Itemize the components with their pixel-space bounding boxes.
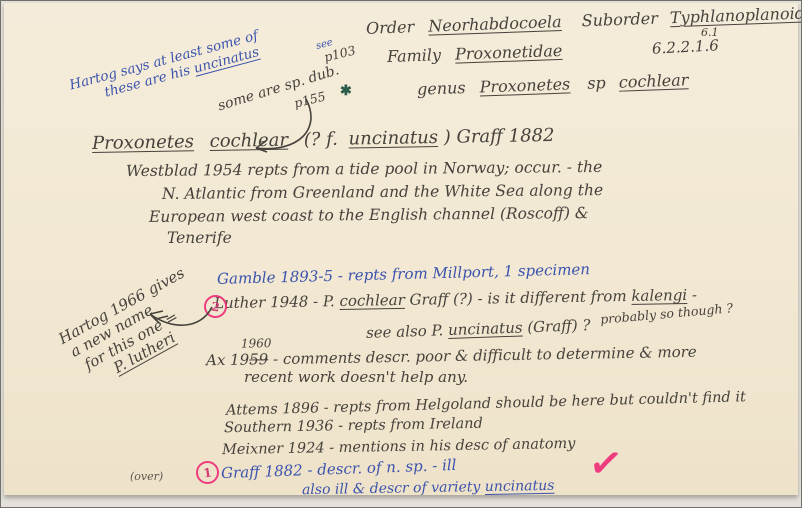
title-qualifier-open: (? f. <box>304 129 339 151</box>
luther-mid: Graff (?) - is it different from <box>405 287 632 309</box>
order-line: Order Neorhabdocoela Suborder Typhlanopl… <box>366 4 802 38</box>
scanned-index-card: Order Neorhabdocoela Suborder Typhlanopl… <box>0 0 802 508</box>
graff-entry: Graff 1882 - descr. of n. sp. - ill <box>221 457 457 482</box>
checkmark-icon: ✓ <box>586 439 626 489</box>
southern-entry: Southern 1936 - repts from Ireland <box>224 416 483 437</box>
suborder-label: Suborder <box>581 9 658 31</box>
title-author: ) Graff 1882 <box>444 125 555 148</box>
see-also-line: see also P. uncinatus (Graff) ? <box>366 317 591 342</box>
westblad-line2: N. Atlantic from Greenland and the White… <box>162 182 603 204</box>
suborder-value: Typhlanoplanoida <box>670 3 802 27</box>
catalog-code: 6.2.2.1.6 <box>652 37 720 58</box>
luther-species: cochlear <box>339 291 405 310</box>
ax-entry: Ax 19196059 - comments descr. poor & dif… <box>206 344 697 370</box>
order-label: Order <box>366 17 415 38</box>
graff-entry-line2: also ill & descr of variety uncinatus <box>302 478 555 498</box>
see-also-suffix: (Graff) ? <box>522 316 591 336</box>
ax-prefix: Ax 19 <box>206 351 249 370</box>
ax-entry-line2: recent work doesn't help any. <box>244 369 468 386</box>
luther-species2: kalengi <box>631 286 687 305</box>
index-card: Order Neorhabdocoela Suborder Typhlanopl… <box>4 3 798 495</box>
gamble-entry: Gamble 1893-5 - repts from Millport, 1 s… <box>217 261 590 288</box>
hartog-1966-note: Hartog 1966 gives a new name for this on… <box>56 265 213 394</box>
westblad-line3: European west coast to the English chann… <box>149 205 589 227</box>
graff-line2-prefix: also ill & descr of variety <box>302 479 485 498</box>
family-line: Family Proxonetidae <box>387 42 563 66</box>
ax-struck-year: 59 <box>249 350 268 368</box>
ax-rest: - comments descr. poor & difficult to de… <box>268 343 697 368</box>
title-species: cochlear <box>209 130 288 152</box>
ax-correction: 1960 <box>241 337 272 351</box>
graff-line2-species: uncinatus <box>485 478 555 495</box>
star-icon: ✱ <box>340 83 352 99</box>
see-also-prefix: see also P. <box>366 321 449 342</box>
over-label: (over) <box>130 471 163 484</box>
page-ref-155: p155 <box>293 89 327 111</box>
westblad-line4: Tenerife <box>167 230 232 248</box>
sp-label: sp <box>587 73 606 93</box>
luther-suffix: - <box>687 286 697 304</box>
westblad-line1: Westblad 1954 repts from a tide pool in … <box>126 159 602 181</box>
sp-value: cochlear <box>618 70 688 91</box>
title-qualifier-species: uncinatus <box>348 127 438 150</box>
card-title: Proxonetes cochlear (? f. uncinatus ) Gr… <box>92 126 555 155</box>
meixner-entry: Meixner 1924 - mentions in his desc of a… <box>222 436 576 459</box>
title-genus: Proxonetes <box>92 131 194 154</box>
family-label: Family <box>387 45 442 66</box>
circled-number-1: 1 <box>195 460 221 486</box>
see-also-species: uncinatus <box>448 318 523 339</box>
genus-line: genus Proxonetes sp cochlear <box>417 71 689 99</box>
family-value: Proxonetidae <box>455 41 563 64</box>
genus-value: Proxonetes <box>479 74 570 96</box>
attems-entry: Attems 1896 - repts from Helgoland shoul… <box>226 389 746 419</box>
luther-prefix: Luther 1948 - P. <box>214 292 340 312</box>
order-value: Neorhabdocoela <box>428 12 562 36</box>
genus-label: genus <box>417 78 466 99</box>
